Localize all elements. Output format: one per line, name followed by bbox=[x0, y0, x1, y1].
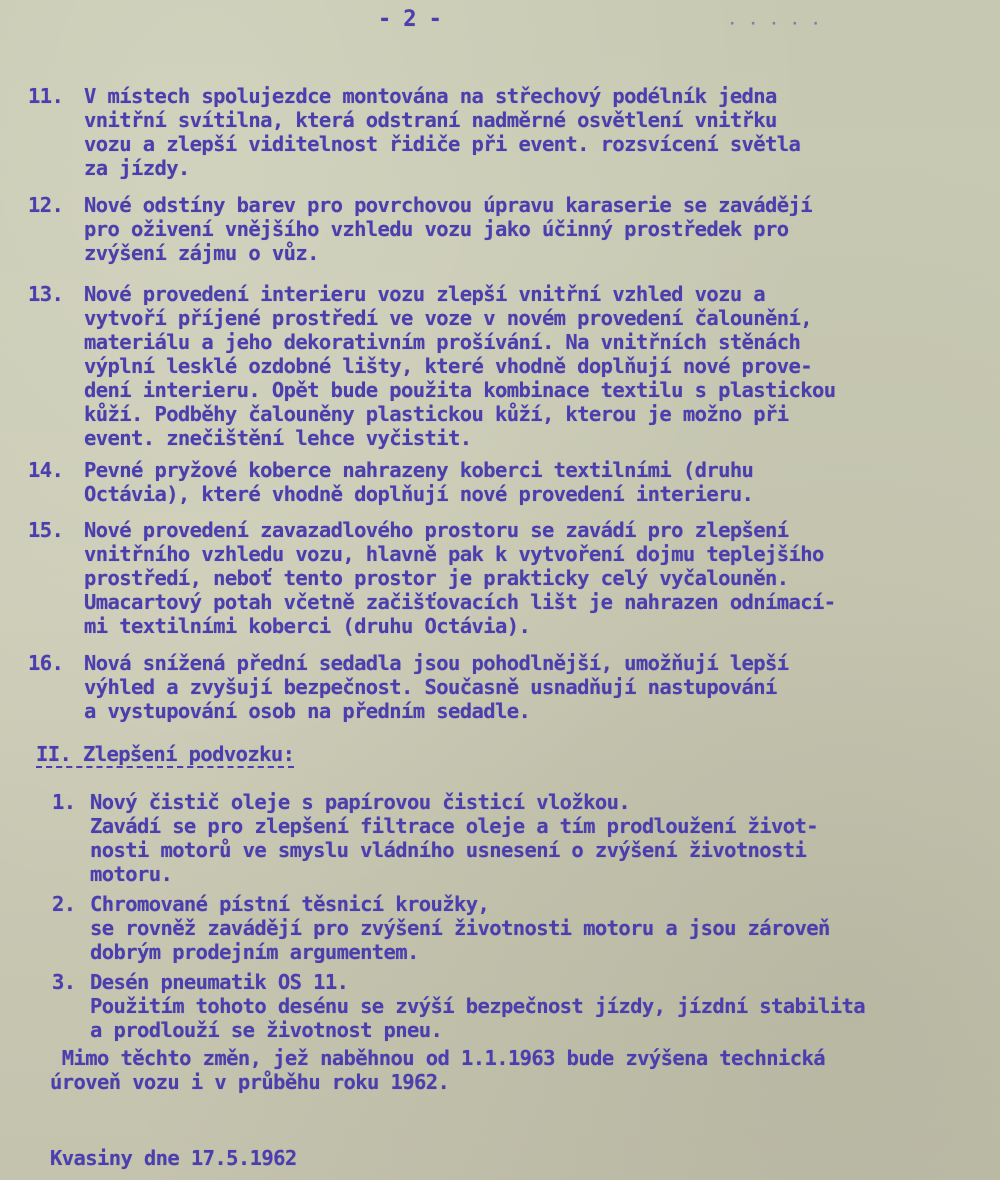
item-number: 3. bbox=[52, 970, 75, 994]
item-number: 11. bbox=[28, 84, 63, 108]
item-line: event. znečištění lehce vyčistit. bbox=[84, 426, 472, 450]
item-line: se rovněž zavádějí pro zvýšení životnost… bbox=[90, 916, 830, 940]
item-line: prostředí, neboť tento prostor je prakti… bbox=[84, 566, 789, 590]
item-line: vytvoří příjené prostředí ve voze v nové… bbox=[84, 306, 812, 330]
item-line: Nový čistič oleje s papírovou čisticí vl… bbox=[90, 790, 630, 814]
item-line: Zavádí se pro zlepšení filtrace oleje a … bbox=[90, 814, 818, 838]
item-line: dení interieru. Opět bude použita kombin… bbox=[84, 378, 836, 402]
place-date-line: Kvasiny dne 17.5.1962 bbox=[50, 1146, 297, 1170]
item-line: výhled a zvyšují bezpečnost. Současně us… bbox=[84, 675, 777, 699]
item-line: Octávia), které vhodně doplňují nové pro… bbox=[84, 482, 753, 506]
item-number: 12. bbox=[28, 193, 63, 217]
item-line: a prodlouží se životnost pneu. bbox=[90, 1018, 442, 1042]
item-line: za jízdy. bbox=[84, 156, 190, 180]
item-line: dobrým prodejním argumentem. bbox=[90, 940, 419, 964]
item-line: Desén pneumatik OS 11. bbox=[90, 970, 348, 994]
item-number: 15. bbox=[28, 518, 63, 542]
item-number: 2. bbox=[52, 892, 75, 916]
item-line: vnitřní svítilna, která odstraní nadměrn… bbox=[84, 108, 777, 132]
item-number: 16. bbox=[28, 651, 63, 675]
closing-paragraph-line: úroveň vozu i v průběhu roku 1962. bbox=[50, 1070, 449, 1094]
item-line: vozu a zlepší viditelnost řidiče při eve… bbox=[84, 132, 800, 156]
item-line: a vystupování osob na předním sedadle. bbox=[84, 699, 530, 723]
item-number: 1. bbox=[52, 790, 75, 814]
corner-marks: · · · · · bbox=[728, 12, 822, 36]
item-line: pro oživení vnějšího vzhledu vozu jako ú… bbox=[84, 217, 789, 241]
item-line: nosti motorů ve smyslu vládního usnesení… bbox=[90, 838, 806, 862]
closing-paragraph-line: Mimo těchto změn, jež naběhnou od 1.1.19… bbox=[50, 1046, 825, 1070]
item-number: 14. bbox=[28, 458, 63, 482]
item-line: Nová snížená přední sedadla jsou pohodln… bbox=[84, 651, 789, 675]
item-line: Nové odstíny barev pro povrchovou úpravu… bbox=[84, 193, 812, 217]
item-line: Nové provedení interieru vozu zlepší vni… bbox=[84, 282, 765, 306]
item-line: Použitím tohoto desénu se zvýší bezpečno… bbox=[90, 994, 865, 1018]
item-line: Nové provedení zavazadlového prostoru se… bbox=[84, 518, 789, 542]
item-line: motoru. bbox=[90, 862, 172, 886]
item-line: Chromované pístní těsnicí kroužky, bbox=[90, 892, 489, 916]
item-line: kůží. Podběhy čalouněny plastickou kůží,… bbox=[84, 402, 789, 426]
item-line: Pevné pryžové koberce nahrazeny koberci … bbox=[84, 458, 753, 482]
item-line: mi textilními koberci (druhu Octávia). bbox=[84, 614, 530, 638]
item-number: 13. bbox=[28, 282, 63, 306]
typewritten-page: - 2 - · · · · · 11. V místech spolujezdc… bbox=[0, 0, 1000, 1180]
page-number: - 2 - bbox=[378, 8, 441, 32]
item-line: výplní lesklé ozdobné lišty, které vhodn… bbox=[84, 354, 812, 378]
item-line: vnitřního vzhledu vozu, hlavně pak k vyt… bbox=[84, 542, 824, 566]
item-line: zvýšení zájmu o vůz. bbox=[84, 241, 319, 265]
section-heading: II. Zlepšení podvozku: bbox=[36, 742, 294, 766]
item-line: Umacartový potah včetně začišťovacích li… bbox=[84, 590, 836, 614]
item-line: V místech spolujezdce montována na střec… bbox=[84, 84, 777, 108]
item-line: materiálu a jeho dekorativním prošívání.… bbox=[84, 330, 800, 354]
